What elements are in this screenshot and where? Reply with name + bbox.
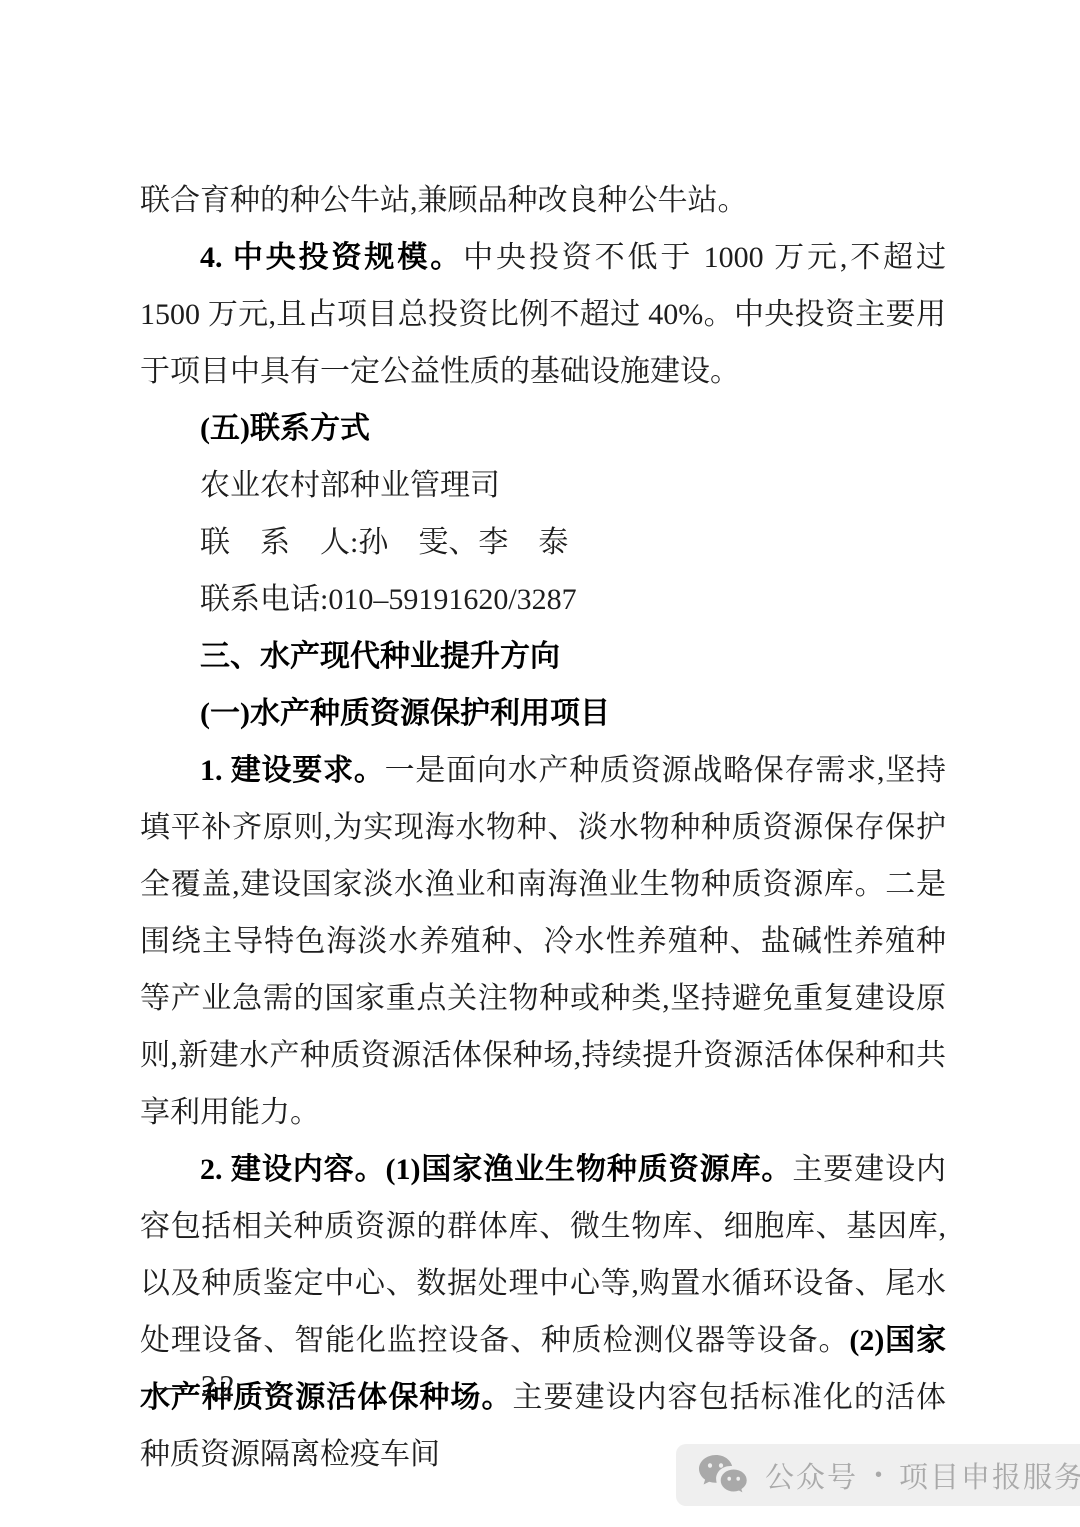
text-run: 联系电话:010–59191620/3287 — [200, 583, 577, 616]
para-construction-content: 2. 建设内容。(1)国家渔业生物种质资源库。主要建设内容包括相关种质资源的群体… — [140, 1141, 946, 1483]
text-run: 2. 建设内容。(1)国家渔业生物种质资源库。 — [200, 1153, 792, 1186]
page-number: — 22 — — [156, 1368, 283, 1404]
document-page: 联合育种的种公牛站,兼顾品种改良种公牛站。 4. 中央投资规模。中央投资不低于 … — [0, 0, 1080, 1527]
text-run: 农业农村部种业管理司 — [200, 469, 500, 502]
heading-germplasm-project: (一)水产种质资源保护利用项目 — [140, 685, 946, 742]
badge-separator-dot: • — [875, 1464, 882, 1487]
text-run: 一是面向水产种质资源战略保存需求,坚持填平补齐原则,为实现海水物种、淡水物种种质… — [140, 754, 946, 1129]
wechat-official-account-badge: 公众号 • 项目申报服务 — [676, 1444, 1080, 1506]
text-run: 联合育种的种公牛站,兼顾品种改良种公牛站。 — [140, 184, 748, 217]
para-department: 农业农村部种业管理司 — [140, 457, 946, 514]
para-construction-requirements: 1. 建设要求。一是面向水产种质资源战略保存需求,坚持填平补齐原则,为实现海水物… — [140, 742, 946, 1141]
text-run: 4. 中央投资规模。 — [200, 241, 463, 274]
badge-account-type: 公众号 — [765, 1455, 858, 1496]
document-body: 联合育种的种公牛站,兼顾品种改良种公牛站。 4. 中央投资规模。中央投资不低于 … — [140, 172, 946, 1483]
para-contact-person: 联 系 人:孙 雯、李 泰 — [140, 514, 946, 571]
para-contact-phone: 联系电话:010–59191620/3287 — [140, 571, 946, 628]
text-run: 三、水产现代种业提升方向 — [200, 640, 560, 673]
text-run: (五)联系方式 — [200, 412, 370, 445]
wechat-icon — [696, 1452, 750, 1498]
heading-aquatic-seed-direction: 三、水产现代种业提升方向 — [140, 628, 946, 685]
badge-account-name: 项目申报服务 — [899, 1455, 1080, 1496]
text-run: (一)水产种质资源保护利用项目 — [200, 697, 610, 730]
para-bull-station-continuation: 联合育种的种公牛站,兼顾品种改良种公牛站。 — [140, 172, 946, 229]
heading-contact-method: (五)联系方式 — [140, 400, 946, 457]
text-run: 联 系 人:孙 雯、李 泰 — [200, 526, 568, 559]
para-central-investment-scale: 4. 中央投资规模。中央投资不低于 1000 万元,不超过 1500 万元,且占… — [140, 229, 946, 400]
text-run: 1. 建设要求。 — [200, 754, 385, 787]
